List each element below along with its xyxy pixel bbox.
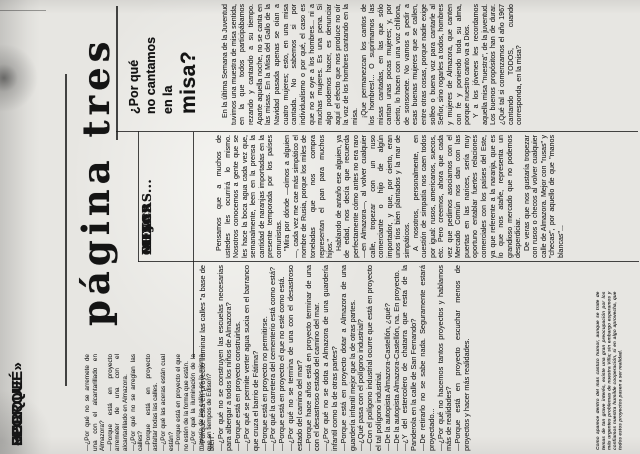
- qa-line: —¿Por qué se permite verter agua sucia e…: [243, 265, 261, 451]
- rusas-article-body: Pensamos que a muchos de ustedes les ocu…: [215, 135, 565, 258]
- title-line: no cantamos: [143, 4, 160, 114]
- qa-line: —¿Por qué no hacemos tantos proyectos y …: [437, 265, 455, 451]
- qa-line: —Con el polígono industrial ocurre que e…: [366, 265, 384, 451]
- paragraph: Hablando de antaño ese alguien, ya de ed…: [335, 135, 412, 258]
- newspaper-sheet-rotated: página tres ELPORQUEDEL«PORQUÉ» —¿Por qu…: [0, 0, 640, 454]
- qa-line: —Porque hace años está en proyecto termi…: [305, 265, 323, 451]
- qa-line: —¿Por qué no se dota a Almazora de una g…: [322, 265, 340, 451]
- qa-line: —Porque está en proyecto escuchar menos …: [454, 265, 472, 451]
- porque-qa-column-narrow: —¿Por qué no se arremete de una con el a…: [84, 354, 213, 451]
- rule-above-misa-title: [116, 6, 118, 140]
- title-line: «PORQUÉ»: [10, 362, 27, 446]
- article-title-por-que-no-cantamos-en-la-misa: ¿Por quéno cantamosen lamisa?: [126, 4, 201, 114]
- qa-line: —¿Por qué no se arreglan las calles?: [130, 354, 145, 451]
- scanned-newspaper-page: página tres ELPORQUEDEL«PORQUÉ» —¿Por qu…: [0, 0, 640, 454]
- title-line: misa?: [177, 4, 201, 114]
- qa-line: —Porque está en proyecto arremeter de un…: [107, 354, 130, 451]
- qa-line: —De retirarlo no se sabe nada. Seguramen…: [419, 265, 437, 451]
- paragraph: Pensamos que a muchos de ustedes les ocu…: [215, 135, 283, 258]
- paragraph: Y a los jóvenes les recordamos aquella m…: [472, 4, 524, 125]
- qa-line: —¿Por qué las aceras están cual están?: [160, 354, 175, 451]
- title-line: en la: [160, 4, 177, 114]
- paragraph: ¡Que permanezcan los cantos de los hombr…: [360, 4, 473, 125]
- qa-line: —Porque está en proyecto el que no estén…: [175, 354, 190, 451]
- title-line: ¿Por qué: [126, 4, 143, 114]
- title-line: CHECAS...: [140, 179, 154, 255]
- paragraph: "Mira por dónde —oímos a alguien—, cada …: [283, 135, 334, 258]
- rule-middle-horizontal: [193, 132, 194, 358]
- qa-line: —Porque está en proyecto dotar a Almazor…: [340, 265, 358, 451]
- qa-line: —¿Y del estercolero de chatarra que rest…: [401, 265, 419, 451]
- paragraph: En la última Semana de la Juventud tuvim…: [221, 4, 360, 125]
- rule-column-divider-right: [116, 131, 638, 133]
- paragraph: De veras que nos gustaría tropezar con r…: [523, 135, 566, 258]
- qa-line: —¿Por qué no se arremete de una con el a…: [84, 354, 107, 451]
- qa-line: —Porque está en proyecto asfaltar todas …: [145, 354, 160, 451]
- porque-qa-column-wide: —Porque está en proyecto iluminar las ca…: [199, 265, 472, 451]
- page-edge-crease-line: [0, 10, 46, 11]
- qa-line: —Porque está en proyecto iluminar las ca…: [199, 265, 217, 451]
- rule-column-divider-left: [138, 261, 639, 263]
- qa-line: —¿Por qué no se termina de una con el de…: [287, 265, 305, 451]
- masthead-pagina-tres: página tres: [74, 4, 118, 326]
- paragraph: A nosotros, personalmente, en cuestión d…: [412, 135, 523, 258]
- misa-article-body: En la última Semana de la Juventud tuvim…: [221, 4, 524, 125]
- qa-line: —¿Por qué no se construyen las escuelas …: [217, 265, 235, 451]
- editorial-footnote: Como aparece dentro del más castizo humo…: [596, 292, 624, 450]
- rule-above-masthead: [65, 74, 67, 386]
